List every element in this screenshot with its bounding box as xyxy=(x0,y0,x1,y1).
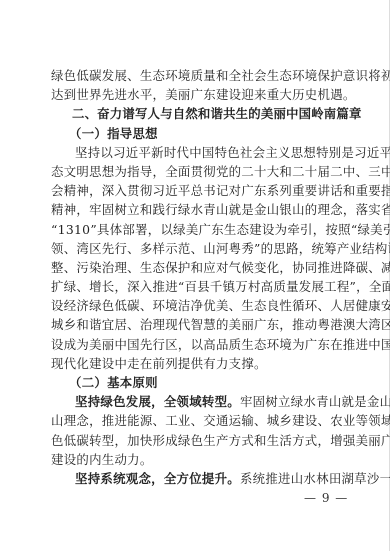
paragraph-line: 城乡和谐宜居、治理现代智慧的美丽广东，推动粤港澳大湾区建 xyxy=(51,315,343,334)
paragraph-line: 色低碳转型，加快形成绿色生产方式和生活方式，增强美丽广东 xyxy=(51,431,343,450)
section-heading: 二、奋力谱写人与自然和谐共生的美丽中国岭南篇章 xyxy=(51,104,343,123)
paragraph-line: 达到世界先进水平，美丽广东建设迎来重大历史机遇。 xyxy=(51,85,343,104)
principle-lead: 坚持系统观念，全方位提升。 xyxy=(75,471,240,486)
paragraph-line: 山理念，推进能源、工业、交通运输、城乡建设、农业等领域绿 xyxy=(51,411,343,430)
page-body: 绿色低碳发展、生态环境质量和全社会生态环境保护意识将初步 达到世界先进水平，美丽… xyxy=(51,66,343,488)
paragraph-line: 领、湾区先行、多样示范、山河粤秀”的思路，统筹产业结构调 xyxy=(51,239,343,258)
principle-green-development-line: 坚持绿色发展，全领域转型。牢固树立绿水青山就是金山银 xyxy=(51,392,343,411)
paragraph-line: 绿色低碳发展、生态环境质量和全社会生态环境保护意识将初步 xyxy=(51,66,343,85)
paragraph-line: 建设的内生动力。 xyxy=(51,450,343,469)
paragraph-line: 设成为美丽中国先行区，以高品质生态环境为广东在推进中国式 xyxy=(51,335,343,354)
paragraph-line: 整、污染治理、生态保护和应对气候变化，协同推进降碳、减污、 xyxy=(51,258,343,277)
paragraph-line: “1310”具体部署，以绿美广东生态建设为牵引，按照“绿美引 xyxy=(51,220,343,239)
principle-text: 牢固树立绿水青山就是金山银 xyxy=(240,394,390,409)
paragraph-line: 会精神，深入贯彻习近平总书记对广东系列重要讲话和重要指示 xyxy=(51,181,343,200)
paragraph-line: 态文明思想为指导，全面贯彻党的二十大和二十届二中、三中全 xyxy=(51,162,343,181)
paragraph-line: 精神，牢固树立和践行绿水青山就是金山银山的理念，落实省委 xyxy=(51,200,343,219)
paragraph-line: 扩绿、增长，深入推进“百县千镇万村高质量发展工程”，全面建 xyxy=(51,277,343,296)
subsection-heading-basic-principles: （二）基本原则 xyxy=(51,373,343,392)
paragraph-line: 设经济绿色低碳、环境洁净优美、生态良性循环、人居健康安全、 xyxy=(51,296,343,315)
principle-lead: 坚持绿色发展，全领域转型。 xyxy=(75,394,240,409)
paragraph-line: 坚持以习近平新时代中国特色社会主义思想特别是习近平生 xyxy=(51,143,343,162)
document-page: 绿色低碳发展、生态环境质量和全社会生态环境保护意识将初步 达到世界先进水平，美丽… xyxy=(0,0,390,551)
principle-systems-thinking-line: 坚持系统观念，全方位提升。系统推进山水林田湖草沙一体 xyxy=(51,469,343,488)
paragraph-line: 现代化建设中走在前列提供有力支撑。 xyxy=(51,354,343,373)
page-number: — 9 — xyxy=(304,491,348,505)
principle-text: 系统推进山水林田湖草沙一体 xyxy=(240,471,390,486)
subsection-heading-guiding-ideology: （一）指导思想 xyxy=(51,124,343,143)
